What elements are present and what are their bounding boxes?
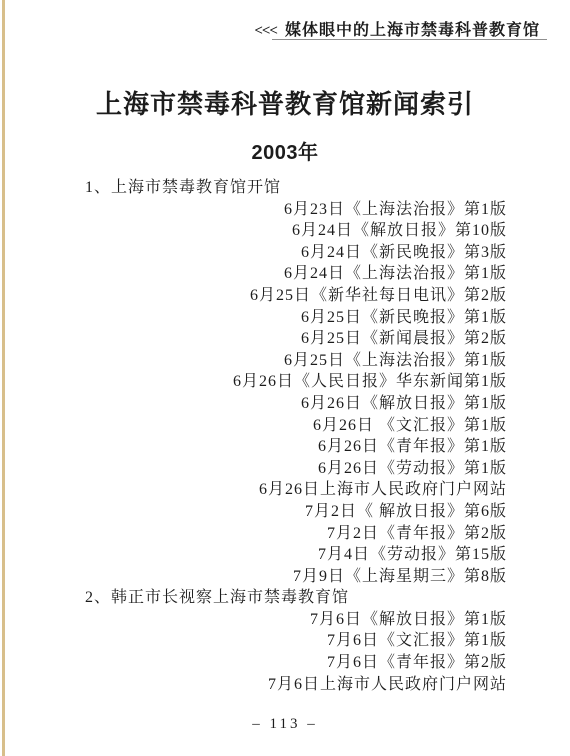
citation-line: 6月26日《劳动报》第1版 [85, 458, 507, 480]
citation-line: 6月26日《人民日报》华东新闻第1版 [85, 371, 507, 393]
citation-line: 7月9日《上海星期三》第8版 [85, 566, 507, 588]
citation-line: 6月25日《新民晚报》第1版 [85, 307, 507, 329]
citation-line: 6月24日《上海法治报》第1版 [85, 263, 507, 285]
page-number: – 113 – [0, 716, 570, 733]
citation-line: 7月4日《劳动报》第15版 [85, 544, 507, 566]
citation-line: 6月24日《解放日报》第10版 [85, 220, 507, 242]
header-chevrons: <<< [254, 23, 277, 39]
citation-line: 7月2日《 解放日报》第6版 [85, 501, 507, 523]
header-title: 媒体眼中的上海市禁毒科普教育馆 [285, 22, 540, 39]
entry-heading: 2、韩正市长视察上海市禁毒教育馆 [85, 587, 507, 609]
running-header: <<<媒体眼中的上海市禁毒科普教育馆 [0, 17, 540, 40]
citation-line: 6月24日《新民晚报》第3版 [85, 242, 507, 264]
citation-line: 6月26日《解放日报》第1版 [85, 393, 507, 415]
citation-line: 7月6日《文汇报》第1版 [85, 630, 507, 652]
book-page: <<<媒体眼中的上海市禁毒科普教育馆 上海市禁毒科普教育馆新闻索引 2003年 … [0, 0, 570, 756]
citation-line: 6月26日 《文汇报》第1版 [85, 415, 507, 437]
header-rule [272, 39, 547, 40]
citation-line: 6月26日《青年报》第1版 [85, 436, 507, 458]
document-title: 上海市禁毒科普教育馆新闻索引 [0, 84, 570, 121]
citation-line: 6月23日《上海法治报》第1版 [85, 199, 507, 221]
entry-heading: 1、上海市禁毒教育馆开馆 [85, 177, 507, 199]
citation-line: 7月6日《青年报》第2版 [85, 652, 507, 674]
citation-line: 7月6日上海市人民政府门户网站 [85, 674, 507, 696]
citation-line: 6月25日《新闻晨报》第2版 [85, 328, 507, 350]
document-year: 2003年 [0, 136, 570, 165]
news-index-list: 1、上海市禁毒教育馆开馆6月23日《上海法治报》第1版6月24日《解放日报》第1… [85, 177, 507, 695]
citation-line: 6月25日《上海法治报》第1版 [85, 350, 507, 372]
citation-line: 6月25日《新华社每日电讯》第2版 [85, 285, 507, 307]
citation-line: 7月2日《青年报》第2版 [85, 523, 507, 545]
citation-line: 6月26日上海市人民政府门户网站 [85, 479, 507, 501]
citation-line: 7月6日《解放日报》第1版 [85, 609, 507, 631]
